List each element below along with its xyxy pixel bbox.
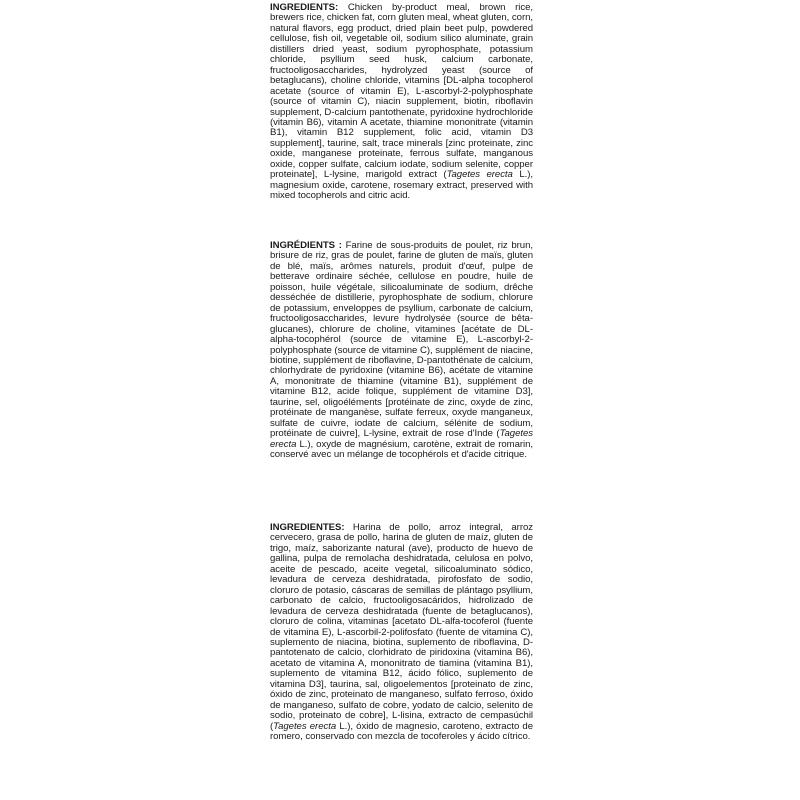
ingredients-french-heading: INGRÉDIENTS :	[270, 240, 342, 251]
ingredients-french: INGRÉDIENTS : Farine de sous-produits de…	[270, 241, 533, 461]
ingredients-french-text-end: L.), oxyde de magnésium, carotène, extra…	[270, 439, 533, 460]
ingredients-english-latin-name: Tagetes erecta	[447, 169, 513, 180]
ingredients-spanish-text: Harina de pollo, arroz integral, arroz c…	[270, 522, 533, 732]
ingredients-english-text: Chicken by-product meal, brown rice, bre…	[270, 2, 533, 180]
ingredients-spanish: INGREDIENTES: Harina de pollo, arroz int…	[270, 523, 533, 743]
ingredients-english-heading: INGREDIENTS:	[270, 2, 338, 13]
ingredients-spanish-latin-name: Tagetes erecta	[273, 721, 336, 732]
ingredients-french-text: Farine de sous-produits de poulet, riz b…	[270, 240, 533, 439]
ingredients-spanish-heading: INGREDIENTES:	[270, 522, 345, 533]
ingredients-spanish-paragraph: INGREDIENTES: Harina de pollo, arroz int…	[270, 523, 533, 743]
ingredients-french-paragraph: INGRÉDIENTS : Farine de sous-produits de…	[270, 241, 533, 461]
ingredients-english-paragraph: INGREDIENTS: Chicken by-product meal, br…	[270, 3, 533, 202]
ingredients-english: INGREDIENTS: Chicken by-product meal, br…	[270, 3, 533, 202]
